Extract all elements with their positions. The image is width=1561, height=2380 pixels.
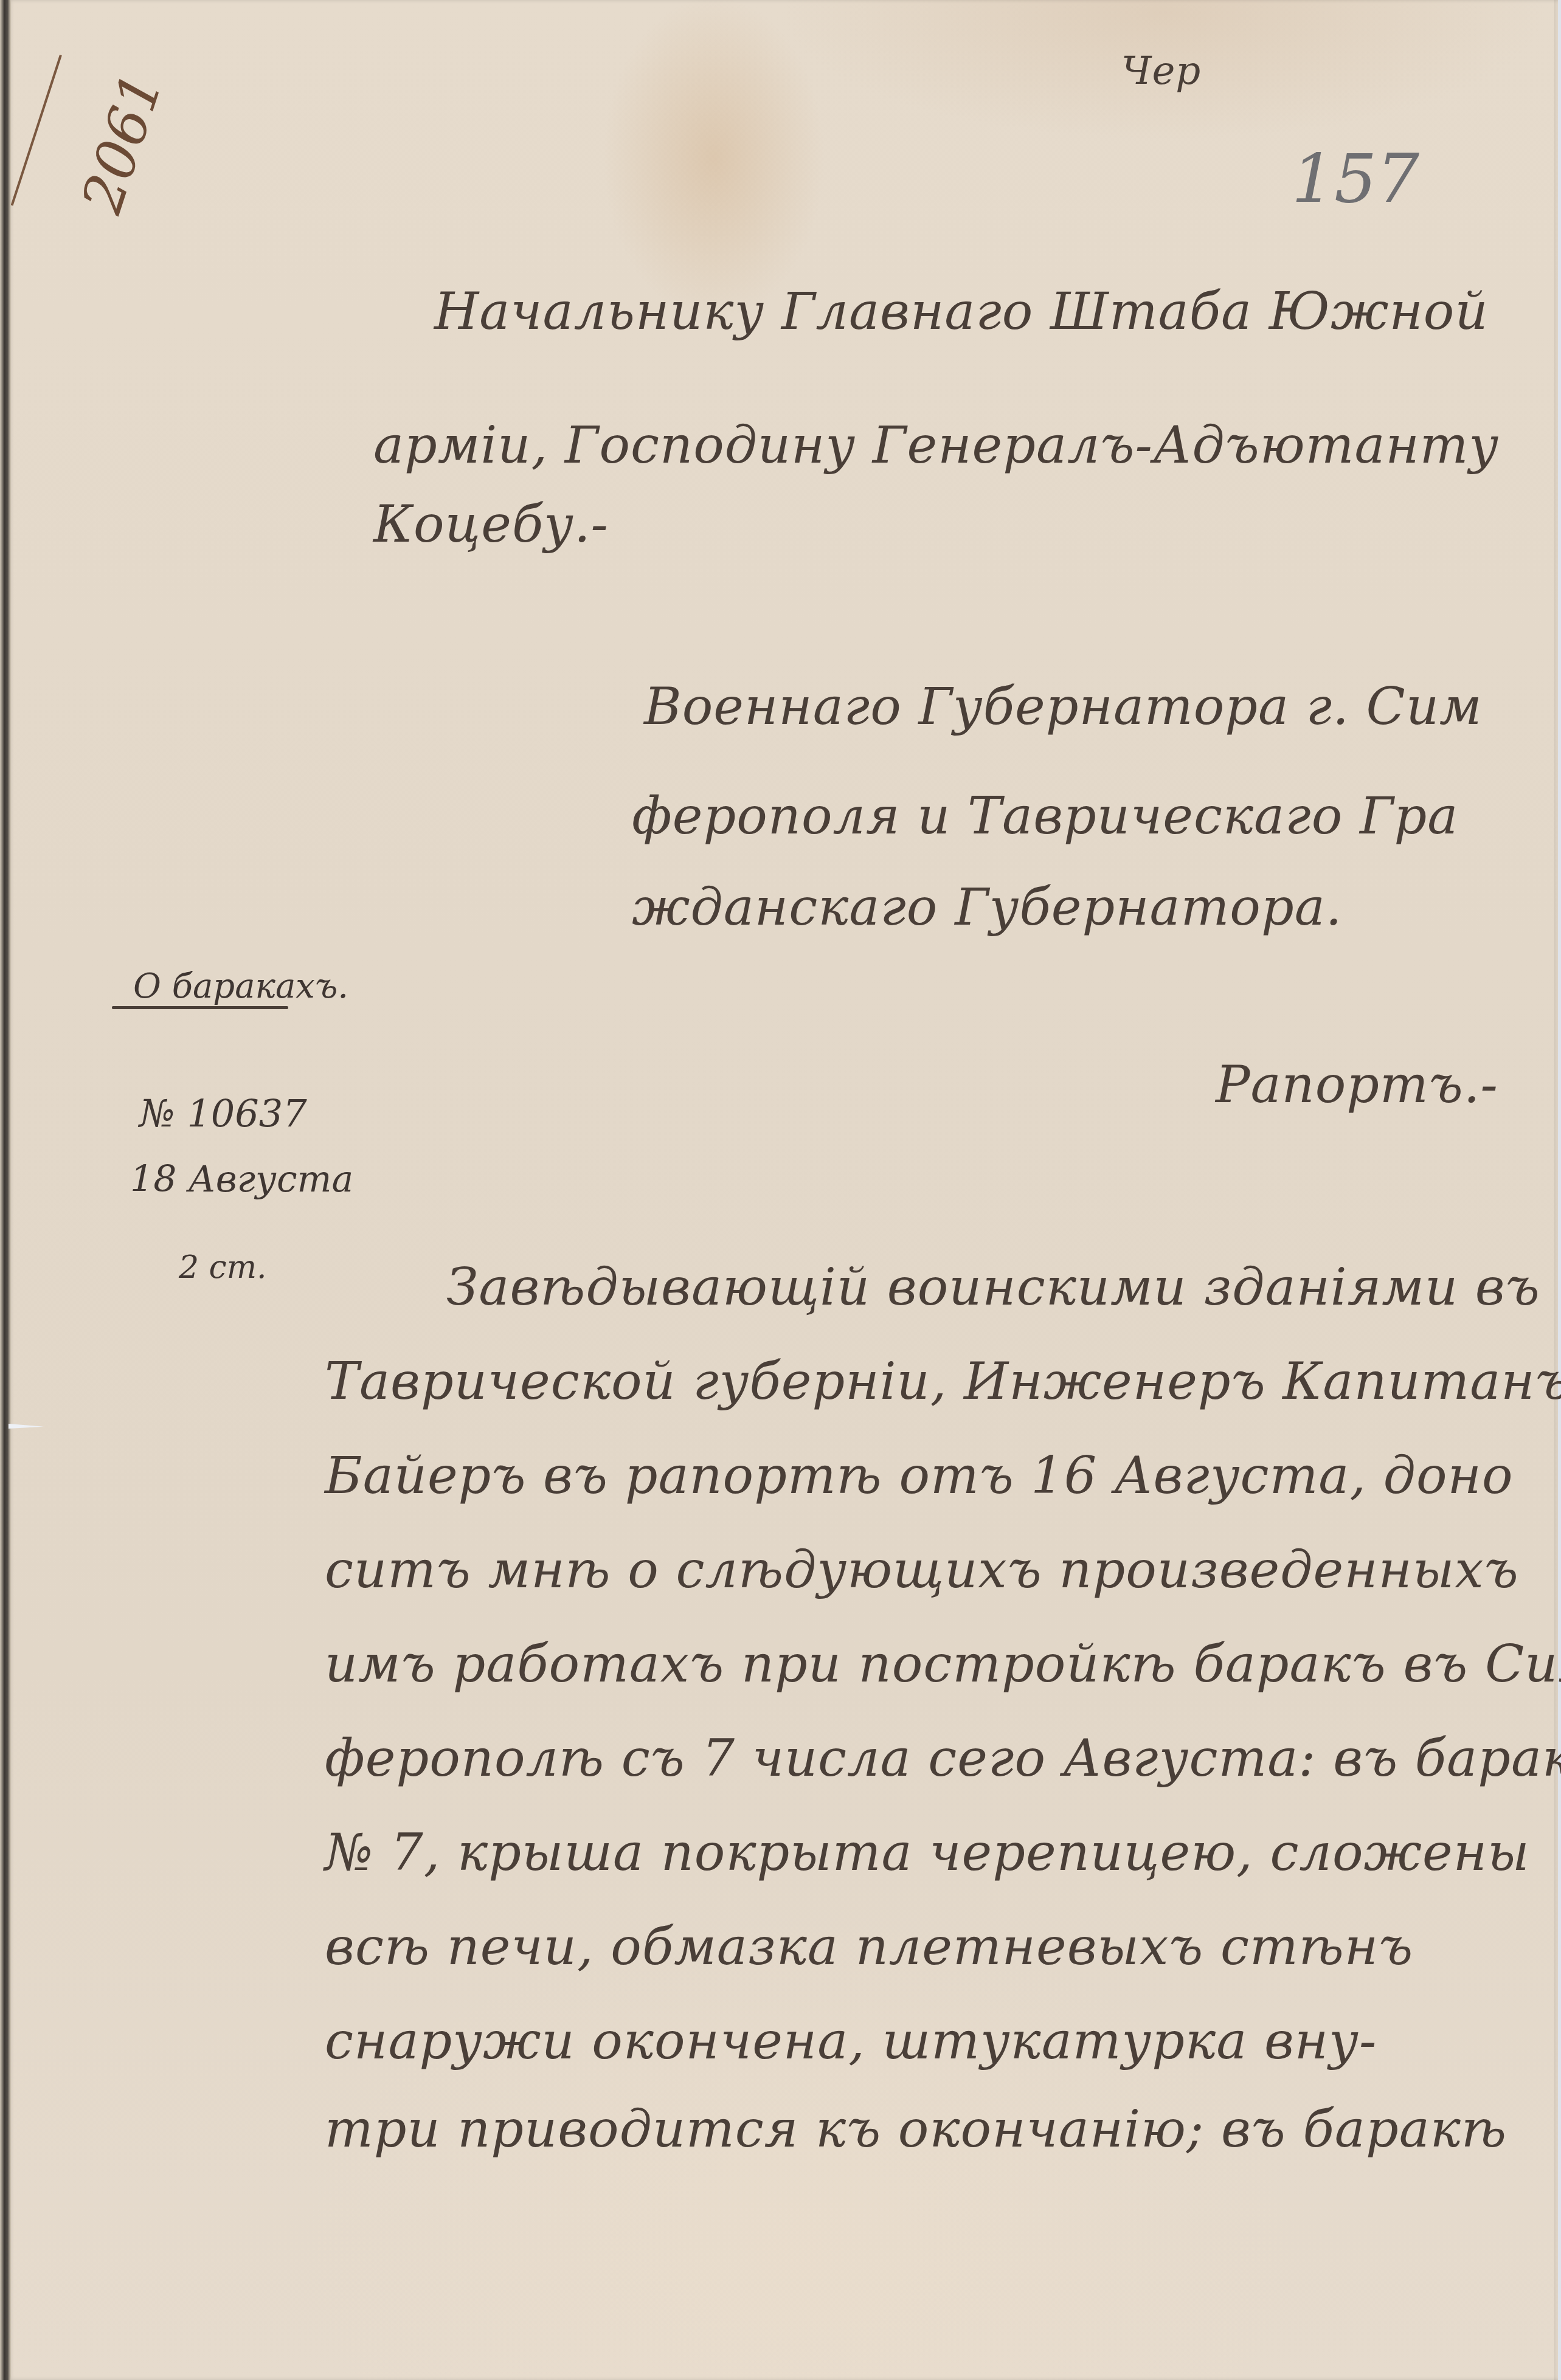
sender-line-3: жданскаго Губернатора. [632, 881, 1342, 933]
page-right-edge [1554, 0, 1558, 2380]
body-line-8: всѣ печи, обмазка плетневыхъ стѣнъ [325, 1921, 1413, 1972]
addressee-line-2: арміи, Господину Генералъ-Адъютанту [373, 419, 1499, 471]
folio-reference: Чер [1121, 49, 1201, 94]
sender-line-2: ферополя и Таврическаго Гра [632, 790, 1458, 841]
addressee-line-1: Начальнику Главнаго Штаба Южной [434, 286, 1488, 337]
margin-date: 18 Августа [130, 1158, 353, 1201]
body-line-9: снаружи окончена, штукатурка вну- [325, 2015, 1377, 2066]
archive-number: 2061 [69, 65, 175, 221]
addressee-line-3: Коцебу.- [373, 498, 609, 550]
body-line-5: имъ работахъ при постройкѣ баракъ въ Сим… [325, 1638, 1561, 1689]
page-binding-edge [0, 0, 11, 2380]
body-line-4: ситъ мнѣ о слѣдующихъ произведенныхъ [325, 1544, 1519, 1595]
body-line-2: Таврической губерніи, Инженеръ Капитанъ [325, 1356, 1561, 1407]
folio-number: 157 [1292, 140, 1419, 218]
margin-outgoing-number: № 10637 [139, 1091, 307, 1136]
body-line-10: три приводится къ окончанію; въ баракѣ [325, 2103, 1507, 2154]
body-line-3: Байеръ въ рапортѣ отъ 16 Августа, доно [325, 1450, 1514, 1501]
sender-line-1: Военнаго Губернатора г. Сим [644, 681, 1483, 732]
body-line-7: № 7, крыша покрыта черепицею, сложены [325, 1827, 1530, 1878]
document-page: 2061 Чер 157 Начальнику Главнаго Штаба Ю… [9, 0, 1558, 2380]
body-line-6: ферополѣ съ 7 числа сего Августа: въ бар… [325, 1733, 1561, 1784]
subject-underline [112, 1006, 288, 1009]
margin-enclosures: 2 ст. [179, 1249, 267, 1286]
margin-subject: О баракахъ. [133, 967, 348, 1006]
archive-number-slash [11, 55, 62, 206]
document-title: Рапортъ.- [1216, 1055, 1498, 1114]
body-line-1: Завѣдывающій воинскими зданіями въ [446, 1261, 1540, 1312]
